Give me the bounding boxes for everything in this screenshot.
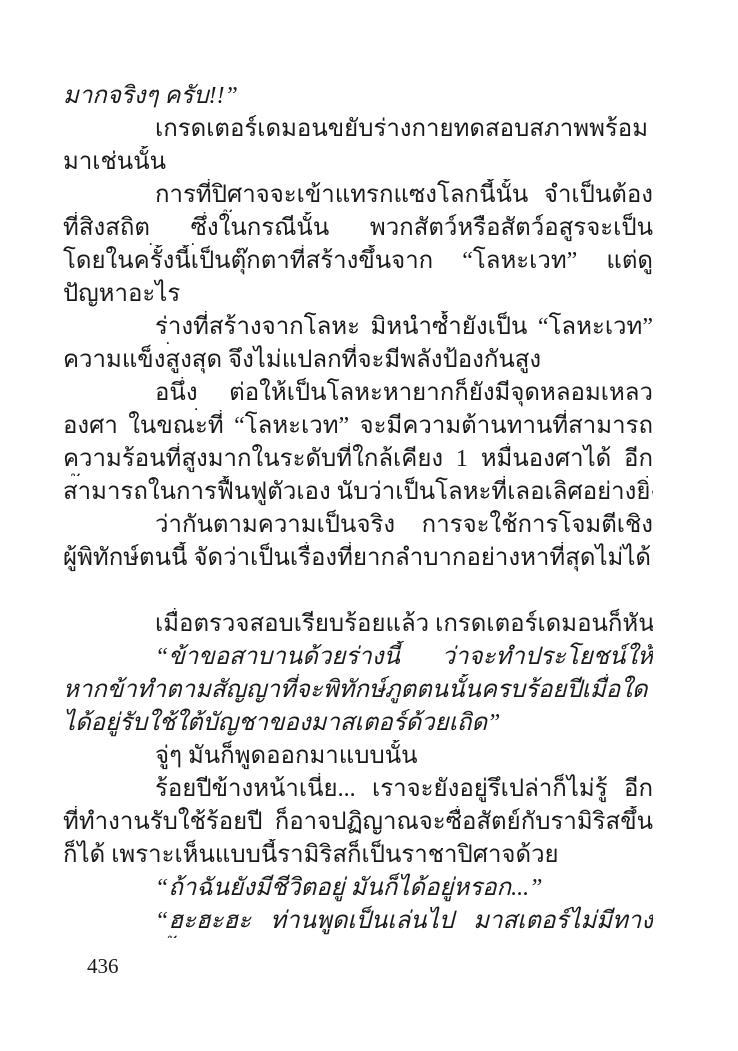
text-line: “ฮะฮะฮะ ท่านพูดเป็นเล่นไป มาสเตอร์ไม่มีท… [63,905,653,938]
text-line: จู่ๆ มันก็พูดออกมาแบบนั้น [63,740,653,773]
text-line: ร้อยปีข้างหน้าเนี่ย... เราจะยังอยู่รึเปล… [63,773,653,806]
text-line: ร่างที่สร้างจากโลหะ มิหนำซ้ำยังเป็น “โลห… [63,311,653,344]
text-line: “ถ้าฉันยังมีชีวิตอยู่ มันก็ได้อยู่หรอก..… [63,872,653,905]
text-line: ปัญหาอะไร [63,278,653,311]
blank-line [63,575,653,608]
text-line: ผู้พิทักษ์ตนนี้ จัดว่าเป็นเรื่องที่ยากลำ… [63,542,653,575]
text-line: โดยในครั้งนี้เป็นตุ๊กตาที่สร้างขึ้นจาก “… [63,245,653,278]
text-line: การที่ปิศาจจะเข้าแทรกแซงโลกนี้นั้น จำเป็… [63,179,653,212]
text-line: “ข้าขอสาบานด้วยร่างนี้ ว่าจะทำประโยชน์ให… [63,641,653,674]
text-line: ได้อยู่รับใช้ใต้บัญชาของมาสเตอร์ด้วยเถิด… [63,707,653,740]
text-line: องศา ในขณะที่ “โลหะเวท” จะมีความต้านทานท… [63,410,653,443]
text-line: หากข้าทำตามสัญญาที่จะพิทักษ์ภูตตนนั้นครบ… [63,674,653,707]
text-line: ความร้อนที่สูงมากในระดับที่ใกล้เคียง 1 ห… [63,443,653,476]
text-line: มากจริงๆ ครับ!!” [63,80,653,113]
text-line: ก็ได้ เพราะเห็นแบบนี้รามิริสก็เป็นราชาปิ… [63,839,653,872]
text-line: สามารถในการฟื้นฟูตัวเอง นับว่าเป็นโลหะที… [63,476,653,509]
text-line: มาเช่นนั้น [63,146,653,179]
page-number: 436 [87,952,119,980]
text-line: อนึ่ง ต่อให้เป็นโลหะหายากก็ยังมีจุดหลอมเ… [63,377,653,410]
text-line: ที่สิงสถิต ซึ่งในกรณีนั้น พวกสัตว์หรือสั… [63,212,653,245]
text-line: ความแข็งสูงสุด จึงไม่แปลกที่จะมีพลังป้อง… [63,344,653,377]
text-line: ที่ทำงานรับใช้ร้อยปี ก็อาจปฏิญาณจะซื่อสั… [63,806,653,839]
page-text: มากจริงๆ ครับ!!”เกรดเตอร์เดมอนขยับร่างกา… [63,80,653,938]
text-line: ว่ากันตามความเป็นจริง การจะใช้การโจมตีเช… [63,509,653,542]
text-line: เมื่อตรวจสอบเรียบร้อยแล้ว เกรดเตอร์เดมอน… [63,608,653,641]
book-page: มากจริงๆ ครับ!!”เกรดเตอร์เดมอนขยับร่างกา… [0,0,738,1051]
text-line: เกรดเตอร์เดมอนขยับร่างกายทดสอบสภาพพร้อมก… [63,113,653,146]
